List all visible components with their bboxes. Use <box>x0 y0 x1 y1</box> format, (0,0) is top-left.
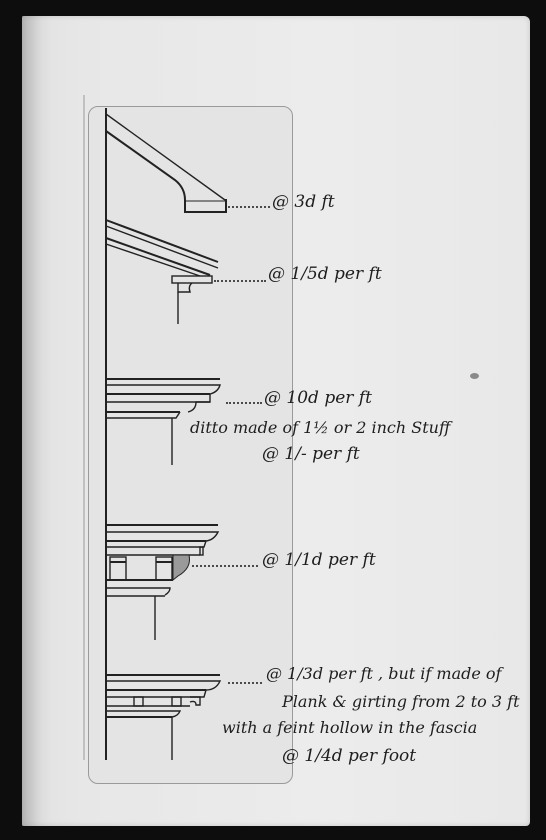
leader-line-2 <box>214 280 266 282</box>
leader-line-1 <box>228 206 270 208</box>
price-note-4: @ 1/1d per ft <box>262 550 376 570</box>
ink-blot <box>470 373 479 379</box>
price-note-1: @ 3d ft <box>272 192 335 212</box>
price-note-5b: @ 1/4d per foot <box>282 746 416 766</box>
leader-line-3 <box>226 402 262 404</box>
figure-5-dentil-cornice <box>106 675 220 760</box>
price-note-5: @ 1/3d per ft , but if made of <box>266 664 501 683</box>
figure-4-block-cornice <box>106 525 218 640</box>
leader-line-5 <box>228 682 262 684</box>
leader-line-4 <box>192 565 258 567</box>
ditto-note: ditto made of 1½ or 2 inch Stuff <box>190 418 450 437</box>
figure-2-sloping-cornice <box>106 220 218 324</box>
price-note-2: @ 1/5d per ft <box>268 264 382 284</box>
fascia-note: with a feint hollow in the fascia <box>222 718 477 737</box>
figure-1-eaves-board <box>106 114 226 212</box>
price-note-3: @ 10d per ft <box>264 388 372 408</box>
price-note-3b: @ 1/- per ft <box>262 444 360 464</box>
plank-note: Plank & girting from 2 to 3 ft <box>282 692 520 711</box>
